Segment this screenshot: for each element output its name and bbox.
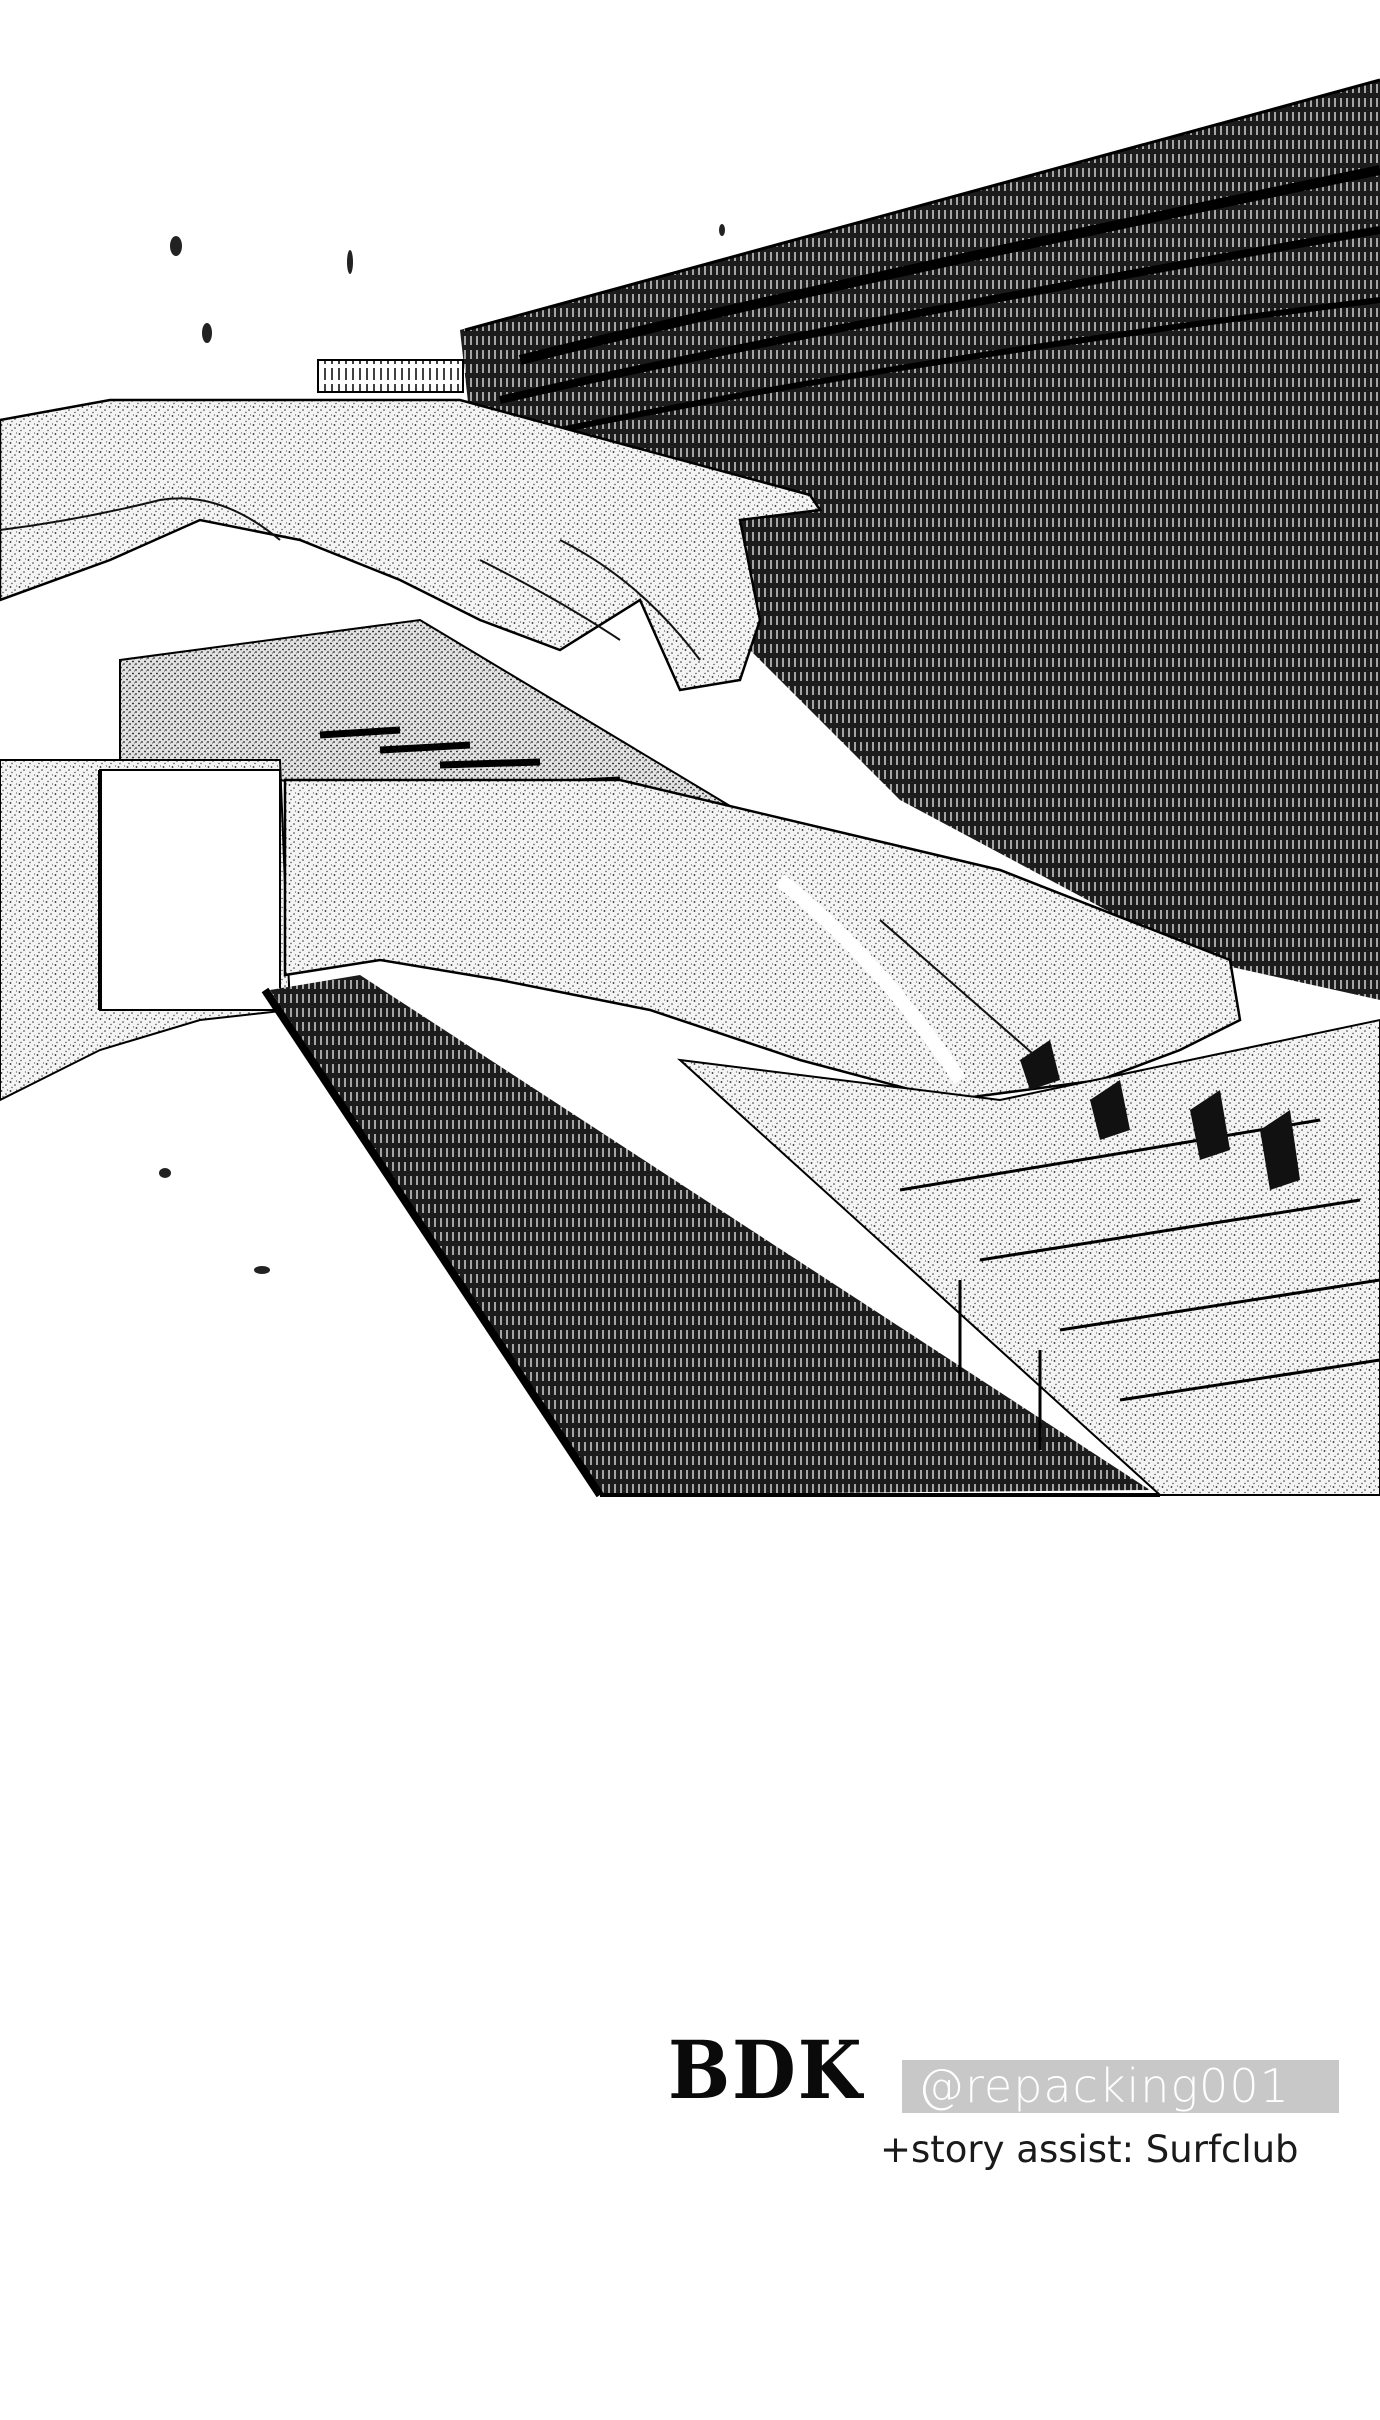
piano-bracket [318,360,463,392]
piano-hands-illustration [0,0,1380,1500]
cuff [0,760,290,1100]
story-assist-credit: +story assist: Surfclub [880,2128,1299,2172]
author-handle: @repacking001 [918,2058,1290,2114]
author-name: BDK [668,2030,864,2110]
handle-background [902,2060,1339,2113]
